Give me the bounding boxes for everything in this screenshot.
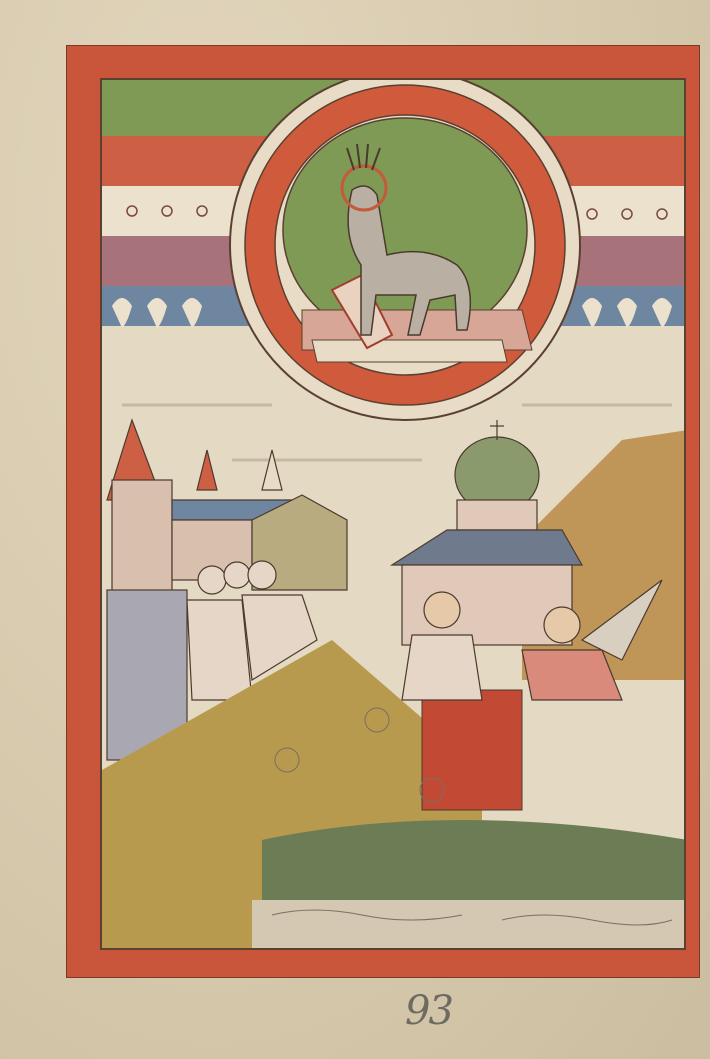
roundel-field: [283, 118, 527, 342]
folio-number: 93: [405, 988, 452, 1034]
grave-ground: [262, 820, 686, 900]
illustration-panel: [100, 78, 686, 950]
illumination-drawing: [102, 80, 686, 950]
altar: [422, 690, 522, 810]
bodies-row: [252, 900, 686, 950]
